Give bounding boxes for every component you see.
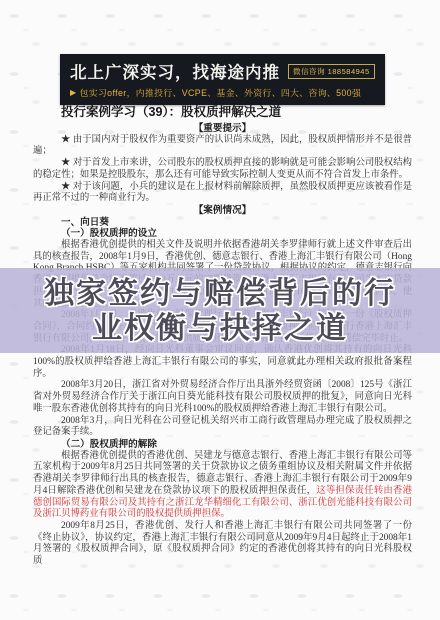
doc-paragraph: ★ 对于该问题，小兵的建议是在上报材料前解除质押，虽然股权质押更应该被看作是再正…: [33, 182, 412, 205]
doc-heading: 【案例情况】: [33, 205, 412, 217]
ad-banner[interactable]: 北上广深实习，找海途内推 微信咨询 188584945 ▶ 包实习offer，内…: [60, 54, 385, 105]
ad-subline: 包实习offer，内推投行、VCPE、基金、外资行、四大、咨询、500强: [80, 86, 362, 99]
headline-overlay: 独家签约与赔偿背后的行 业权衡与抉择之道: [0, 268, 440, 353]
wechat-contact-badge: 微信咨询 188584945: [288, 64, 375, 79]
ad-banner-row2: ▶ 包实习offer，内推投行、VCPE、基金、外资行、四大、咨询、500强: [70, 86, 377, 99]
doc-paragraph: 根据香港优创提供的香港优创、吴建龙与德意志银行、香港上海汇丰银行有限公司等五家机…: [33, 451, 412, 521]
article-title: 投行案例学习（39）：股权质押解决之道: [33, 103, 412, 121]
doc-paragraph: ★ 由于国内对于股权作为重要资产的认识尚未成熟，因此，股权质押情形并不是很普遍；: [33, 135, 412, 158]
ad-headline: 北上广深实习，找海途内推: [70, 59, 280, 83]
doc-heading: 一、向日葵: [33, 217, 412, 229]
overlay-title-line1: 独家签约与赔偿背后的行: [44, 276, 396, 311]
ad-banner-row1: 北上广深实习，找海途内推 微信咨询 188584945: [70, 59, 377, 83]
play-arrow-icon: ▶: [70, 88, 77, 97]
doc-heading: （一）股权质押的设立: [33, 228, 412, 240]
doc-paragraph: 2008年3月20日，浙江省对外贸易经济合作厅出具浙外经贸资函〔2008〕125…: [33, 380, 412, 415]
doc-paragraph: ★ 对于首发上市来讲，公司股东的股权质押直接的影响就是可能会影响公司股权结构的稳…: [33, 158, 412, 181]
doc-heading: （二）股权质押的解除: [33, 439, 412, 451]
overlay-title-line2: 业权衡与抉择之道: [92, 311, 348, 346]
doc-paragraph: 2009年8月25日，香港优创、发行人和香港上海汇丰银行有限公司共同签署了一份《…: [33, 521, 412, 568]
doc-heading: 【重要提示】: [33, 123, 412, 135]
doc-paragraph: 2008年3月，向日光科在公司登记机关绍兴市工商行政管理局办理完成了股权质押之登…: [33, 416, 412, 439]
